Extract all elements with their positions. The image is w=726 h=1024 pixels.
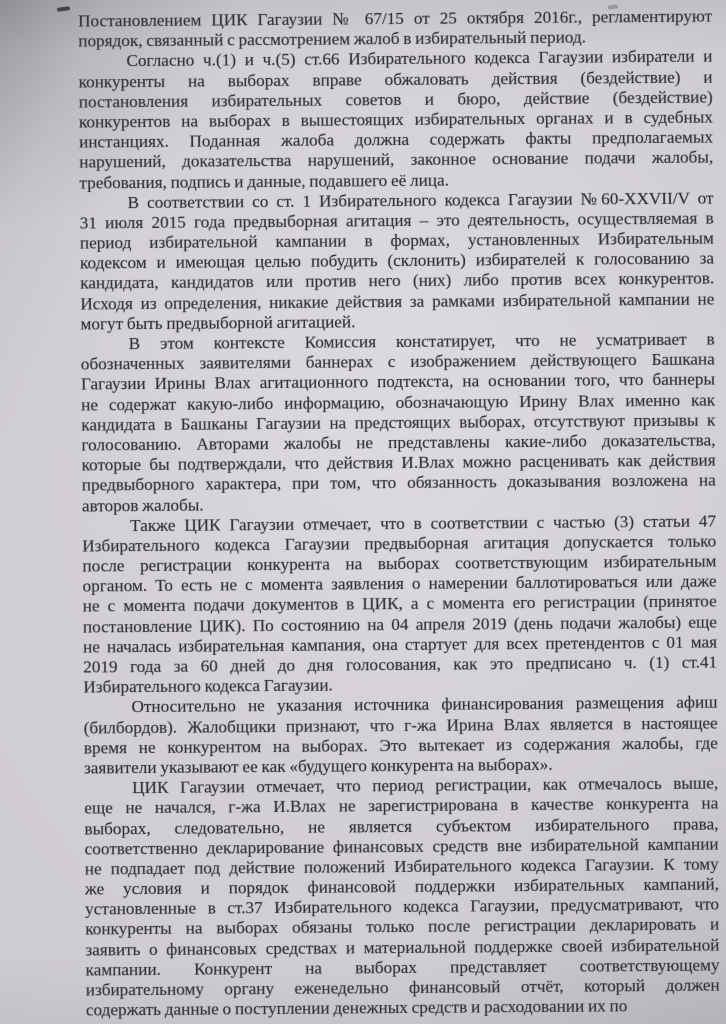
paragraph: В этом контексте Комиссия констатирует, …	[81, 330, 716, 517]
paragraph: Согласно ч.(1) и ч.(5) ст.66 Избирательн…	[78, 47, 713, 193]
document-text-block: Постановлением ЦИК Гагаузии № 67/15 от 2…	[78, 7, 720, 1021]
paragraph: Постановлением ЦИК Гагаузии № 67/15 от 2…	[78, 7, 712, 52]
paragraph: ЦИК Гагаузии отмечает, что период регист…	[84, 774, 720, 1021]
paragraph: Также ЦИК Гагаузии отмечает, что в соотв…	[82, 511, 717, 698]
paragraph: Относительно не указания источника финан…	[83, 693, 718, 779]
ink-artifact	[57, 6, 70, 12]
text-line: содержать данные о поступлении денежных …	[86, 996, 720, 1021]
paragraph: В соответствии со ст. 1 Избирательного к…	[79, 188, 714, 334]
document-photo: Постановлением ЦИК Гагаузии № 67/15 от 2…	[0, 0, 726, 1024]
